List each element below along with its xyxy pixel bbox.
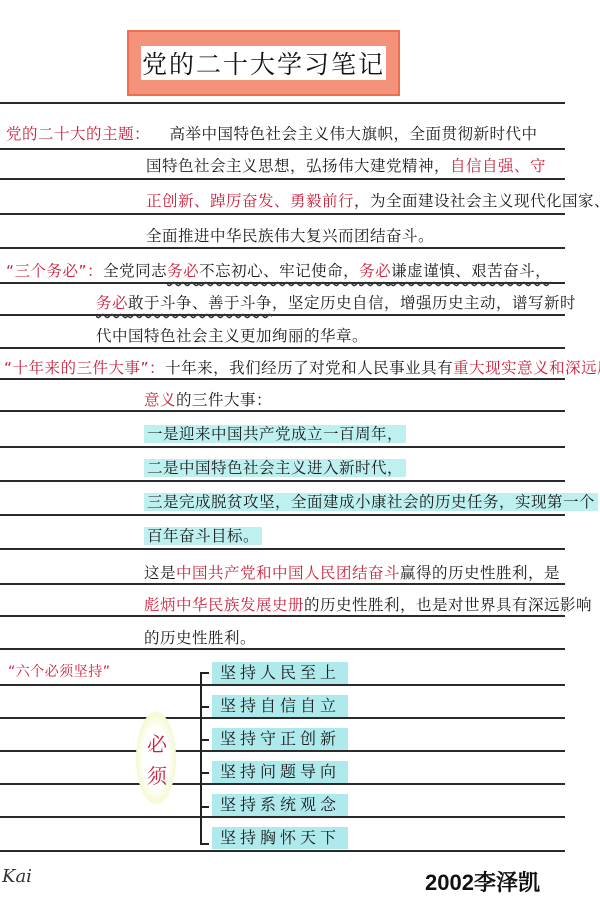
ruled-line <box>0 717 565 719</box>
text: ，为全面建设社会主义现代化国家、 <box>354 192 600 210</box>
ruled-line <box>0 548 565 550</box>
ruled-line <box>0 816 565 818</box>
red-text: 务必 <box>96 294 128 312</box>
text: 国特色社会主义思想，弘扬伟大建党精神， <box>146 157 450 175</box>
bracket-tick <box>200 739 209 741</box>
six-musts-item-3: 坚持守正创新 <box>212 728 348 750</box>
text: 的三件大事： <box>176 391 272 409</box>
section-six-musts-heading-line: “六个必须坚持” <box>8 662 111 682</box>
summary-line-1: 这是中国共产党和中国人民团结奋斗赢得的历史性胜利，是 <box>144 563 560 583</box>
ruled-line <box>0 750 565 752</box>
text: 十年来，我们经历了对党和人民事业具有 <box>165 359 453 377</box>
red-text: 中国共产党和中国人民团结奋斗 <box>176 564 400 582</box>
text: 全党同志 <box>103 262 167 280</box>
bracket-line <box>200 672 202 844</box>
must-char-1: 必 <box>143 728 171 757</box>
six-musts-item-6: 坚持胸怀天下 <box>212 827 348 849</box>
highlighted-text: 二是中国特色社会主义进入新时代， <box>144 459 406 477</box>
ruled-line <box>0 615 565 617</box>
red-text: 自信自强、守 <box>450 157 546 175</box>
section-events-line-2: 意义的三件大事： <box>144 390 272 410</box>
six-musts-item-4: 坚持问题导向 <box>212 761 348 783</box>
ruled-line <box>0 282 565 284</box>
yellow-highlight-oval <box>136 712 176 804</box>
section-heading-three-musts: “三个务必”： <box>6 262 103 280</box>
summary-line-2: 彪炳中华民族发展史册的历史性胜利，也是对世界具有深远影响 <box>144 595 592 615</box>
event-item-3: 三是完成脱贫攻坚，全面建成小康社会的历史任务，实现第一个 <box>144 492 598 512</box>
ruled-line <box>0 314 565 316</box>
red-text: 重大现实意义和深远历史 <box>453 359 600 377</box>
ruled-line <box>0 213 565 215</box>
red-text: 务必 <box>167 262 199 280</box>
ruled-line <box>0 178 565 180</box>
highlighted-text: 三是完成脱贫攻坚，全面建成小康社会的历史任务，实现第一个 <box>144 493 598 511</box>
ruled-line <box>0 850 565 852</box>
ruled-line <box>0 148 565 150</box>
ruled-line <box>0 102 565 104</box>
section-theme-line-4: 全面推进中华民族伟大复兴而团结奋斗。 <box>146 226 434 246</box>
ruled-line <box>0 480 565 482</box>
ruled-line <box>0 514 565 516</box>
text: 不忘初心、牢记使命， <box>199 262 359 280</box>
text: ，坚定历史自信，增强历史主动，谱写新时 <box>272 294 576 312</box>
text: 的历史性胜利，也是对世界具有深远影响 <box>304 596 592 614</box>
bracket-tick <box>200 706 209 708</box>
section-musts-line-2: 务必敢于斗争、善于斗争，坚定历史自信，增强历史主动，谱写新时 <box>96 293 576 313</box>
event-item-2: 二是中国特色社会主义进入新时代， <box>144 458 406 478</box>
red-text: 彪炳中华民族发展史册 <box>144 596 304 614</box>
ruled-line <box>0 648 565 650</box>
text: 这是 <box>144 564 176 582</box>
red-text: 务必 <box>359 262 391 280</box>
author-label: 2002李泽凯 <box>425 866 540 897</box>
section-heading-three-events: “十年来的三件大事”： <box>4 359 165 377</box>
ruled-line <box>0 247 565 249</box>
text: 高举中国特色社会主义伟大旗帜，全面贯彻新时代中 <box>169 125 537 143</box>
ruled-line <box>0 378 565 380</box>
bracket-tick <box>200 672 209 674</box>
summary-line-3: 的历史性胜利。 <box>144 628 256 648</box>
page-title: 党的二十大学习笔记 <box>141 46 386 80</box>
six-musts-item-5: 坚持系统观念 <box>212 794 348 816</box>
section-events-line-1: “十年来的三件大事”：十年来，我们经历了对党和人民事业具有重大现实意义和深远历史 <box>4 358 600 378</box>
section-heading-theme: 党的二十大的主题： <box>6 125 150 143</box>
text: 赢得的历史性胜利，是 <box>400 564 560 582</box>
bracket-tick <box>200 806 209 808</box>
section-musts-line-3: 代中国特色社会主义更加绚丽的华章。 <box>96 326 368 346</box>
event-item-3-cont: 百年奋斗目标。 <box>144 526 262 546</box>
ruled-line <box>0 446 565 448</box>
bracket-tick <box>200 843 209 845</box>
must-char-2: 须 <box>143 760 171 789</box>
section-theme-line-1: 党的二十大的主题： 高举中国特色社会主义伟大旗帜，全面贯彻新时代中 <box>6 124 537 144</box>
bracket-tick <box>200 772 209 774</box>
ruled-line <box>0 684 565 686</box>
signature: Kai <box>2 866 32 887</box>
text: 全面推进中华民族伟大复兴而团结奋斗。 <box>146 227 434 245</box>
highlighted-text: 一是迎来中国共产党成立一百周年， <box>144 425 406 443</box>
ruled-line <box>0 347 565 349</box>
six-musts-item-1: 坚持人民至上 <box>212 662 348 684</box>
text: 谦虚谨慎、艰苦奋斗， <box>391 262 551 280</box>
text: 代中国特色社会主义更加绚丽的华章。 <box>96 327 368 345</box>
red-text: 正创新、踔厉奋发、勇毅前行 <box>146 192 354 210</box>
section-heading-six-musts: “六个必须坚持” <box>8 664 111 680</box>
six-musts-item-2: 坚持自信自立 <box>212 695 348 717</box>
event-item-1: 一是迎来中国共产党成立一百周年， <box>144 424 406 444</box>
text: 的历史性胜利。 <box>144 629 256 647</box>
section-theme-line-2: 国特色社会主义思想，弘扬伟大建党精神，自信自强、守 <box>146 156 546 176</box>
title-banner: 党的二十大学习笔记 <box>127 30 400 96</box>
ruled-line <box>0 583 565 585</box>
section-musts-line-1: “三个务必”：全党同志务必不忘初心、牢记使命，务必谦虚谨慎、艰苦奋斗， <box>6 261 551 281</box>
highlighted-text: 百年奋斗目标。 <box>144 527 262 545</box>
ruled-line <box>0 783 565 785</box>
ruled-line <box>0 410 565 412</box>
red-text: 意义 <box>144 391 176 409</box>
text: 敢于斗争、善于斗争 <box>128 294 272 312</box>
section-theme-line-3: 正创新、踔厉奋发、勇毅前行，为全面建设社会主义现代化国家、 <box>146 191 600 211</box>
